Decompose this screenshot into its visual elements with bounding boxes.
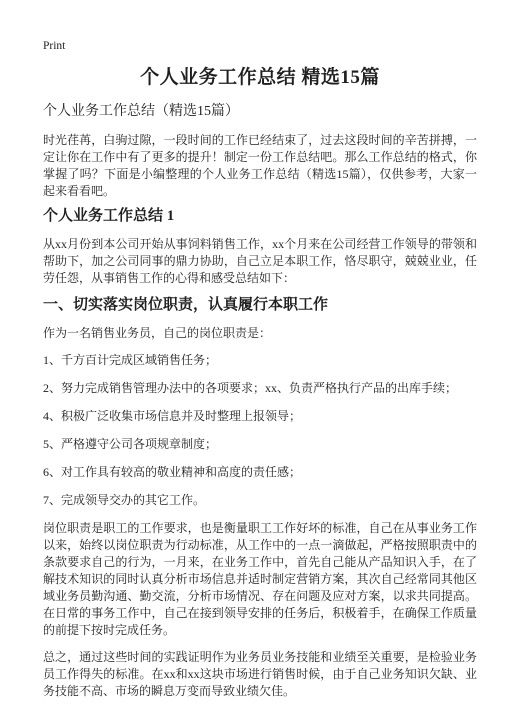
duty-item-6: 7、完成领导交办的其它工作。 [43,492,477,509]
subsection-heading: 一、切实落实岗位职责，认真履行本职工作 [43,297,477,313]
duty-item-2: 2、努力完成销售管理办法中的各项要求；xx、负责严格执行产品的出库手续； [43,380,477,397]
print-link[interactable]: Print [43,39,65,53]
duty-item-4: 5、严格遵守公司各项规章制度； [43,436,477,453]
summary-paragraph: 总之，通过这些时间的实践证明作为业务员业务技能和业绩至关重要，是检验业务员工作得… [43,649,477,700]
intro-paragraph: 时光荏苒，白驹过隙，一段时间的工作已经结束了，过去这段时间的辛苦拼搏，一定让你在… [43,132,477,200]
opening-paragraph: 从xx月份到本公司开始从事饲料销售工作，xx个月来在公司经营工作领导的带领和帮助… [43,236,477,287]
section-heading-1: 个人业务工作总结 1 [43,208,477,224]
duties-intro-paragraph: 作为一名销售业务员，自己的岗位职责是： [43,325,477,342]
duty-item-1: 1、千方百计完成区域销售任务； [43,352,477,369]
toolbar-row: Print [43,36,477,67]
document-subtitle: 个人业务工作总结（精选15篇） [43,104,477,119]
document-title: 个人业务工作总结 精选15篇 [43,67,477,89]
document-content: Print 个人业务工作总结 精选15篇 个人业务工作总结（精选15篇） 时光荏… [0,0,520,700]
duty-item-5: 6、对工作具有较高的敬业精神和高度的责任感； [43,464,477,481]
document-page: Print 个人业务工作总结 精选15篇 个人业务工作总结（精选15篇） 时光荏… [0,0,520,718]
responsibility-paragraph: 岗位职责是职工的工作要求，也是衡量职工工作好坏的标准，自己在从事业务工作以来，始… [43,520,477,639]
duty-item-3: 4、积极广泛收集市场信息并及时整理上报领导； [43,408,477,425]
